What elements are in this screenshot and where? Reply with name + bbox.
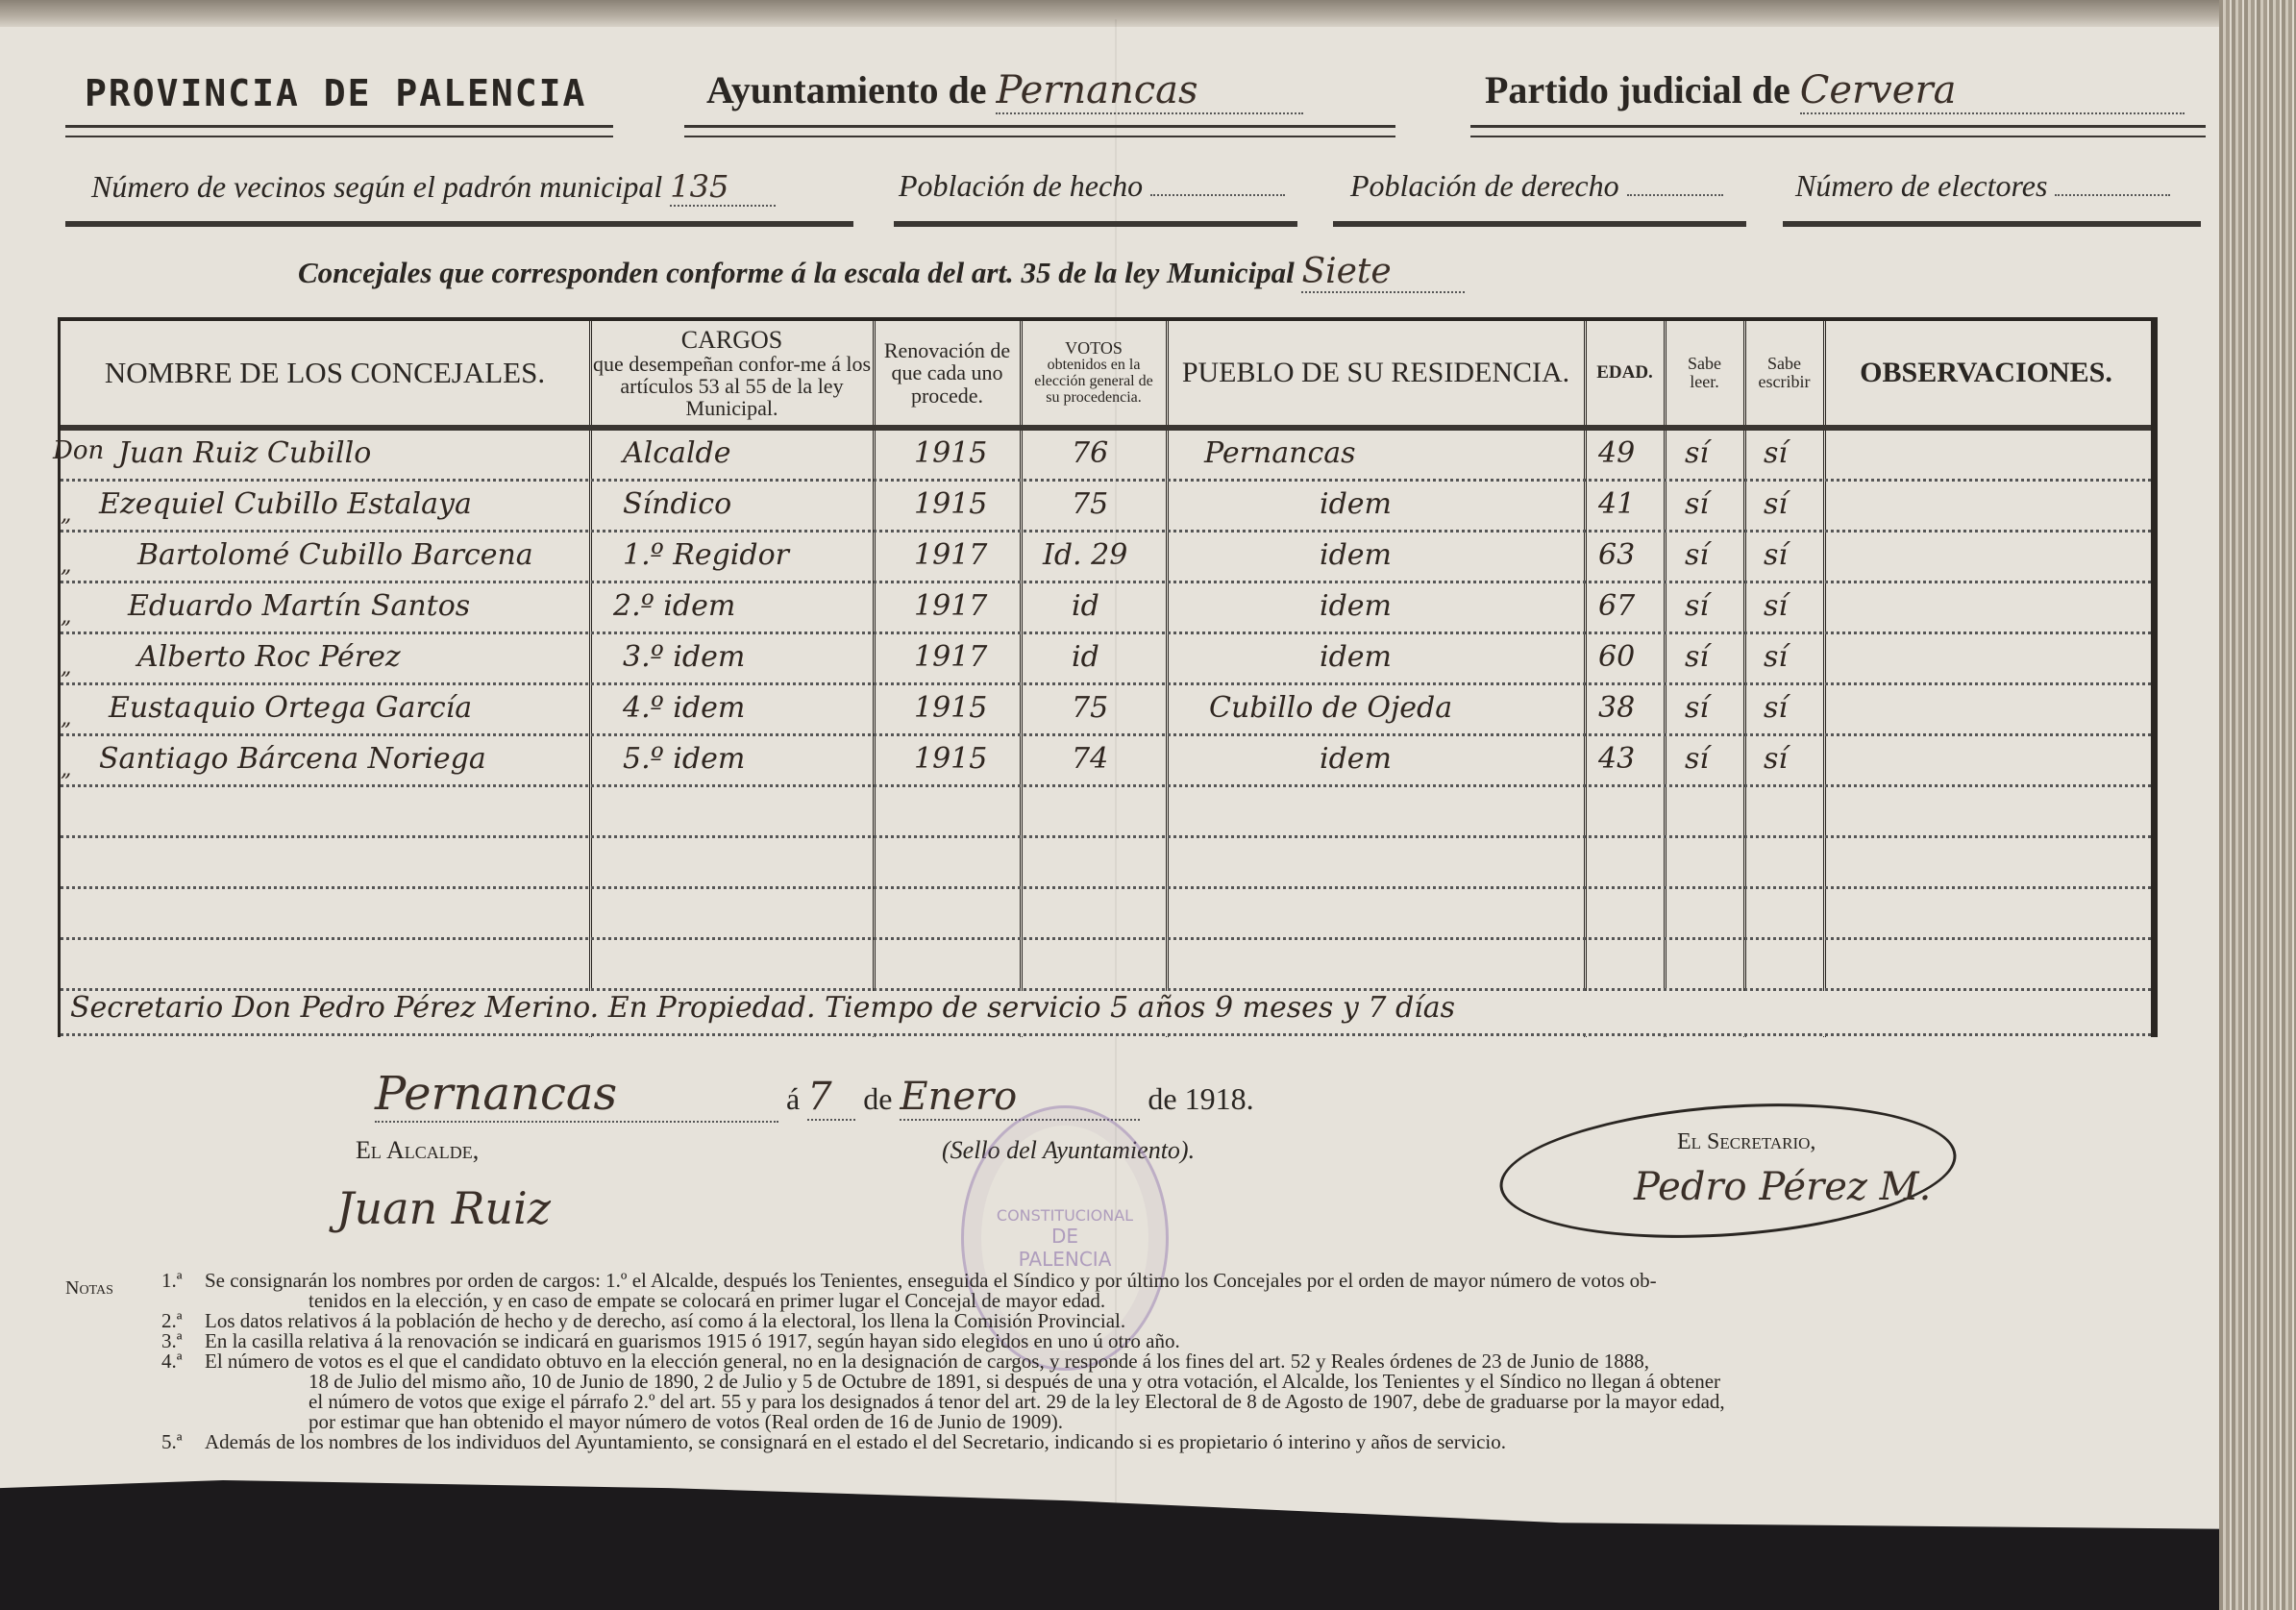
cell-renovacion: 1915 bbox=[914, 691, 987, 725]
note-5: 5.ªAdemás de los nombres de los individu… bbox=[161, 1432, 1506, 1452]
hecho-label: Población de hecho bbox=[899, 168, 1143, 203]
partido-field: Partido judicial de Cervera bbox=[1485, 67, 2185, 114]
cell-leer: sí bbox=[1685, 640, 1709, 674]
header-votos-sub: obtenidos en la elección general de su p… bbox=[1027, 358, 1160, 406]
cell-leer: sí bbox=[1685, 436, 1709, 470]
cell-edad: 43 bbox=[1598, 742, 1635, 776]
derecho-value[interactable] bbox=[1627, 194, 1723, 196]
hecho-value[interactable] bbox=[1150, 194, 1285, 196]
cell-pueblo: Pernancas bbox=[1204, 436, 1356, 470]
table-row: Don Juan Ruiz Cubillo Alcalde 1915 76 Pe… bbox=[61, 431, 2151, 482]
divider bbox=[65, 221, 853, 227]
row-prefix: Don bbox=[53, 436, 104, 465]
table-row-empty bbox=[61, 889, 2151, 940]
cell-nombre: Eustaquio Ortega García bbox=[109, 691, 472, 725]
secretario-row: Secretario Don Pedro Pérez Merino. En Pr… bbox=[61, 991, 2151, 1036]
cell-pueblo: idem bbox=[1320, 487, 1392, 521]
electores-label: Número de electores bbox=[1795, 168, 2047, 203]
table-row: „ Eustaquio Ortega García 4.º idem 1915 … bbox=[61, 685, 2151, 736]
cell-nombre: Ezequiel Cubillo Estalaya bbox=[99, 487, 472, 521]
header-sabe-escribir: Sabe escribir bbox=[1745, 321, 1823, 425]
secretario-signature: Pedro Pérez M. bbox=[1634, 1165, 1931, 1209]
table-row: „ Bartolomé Cubillo Barcena 1.º Regidor … bbox=[61, 533, 2151, 583]
cell-votos: 76 bbox=[1072, 436, 1108, 470]
cell-renovacion: 1917 bbox=[914, 640, 987, 674]
hecho-field: Población de hecho bbox=[899, 168, 1285, 204]
row-prefix: „ bbox=[61, 554, 71, 578]
ayuntamiento-value[interactable]: Pernancas bbox=[996, 68, 1303, 114]
cell-edad: 49 bbox=[1598, 436, 1635, 470]
cell-cargo: Síndico bbox=[623, 487, 731, 521]
vecinos-field: Número de vecinos según el padrón munici… bbox=[91, 168, 776, 207]
cell-cargo: 1.º Regidor bbox=[623, 538, 789, 572]
partido-value[interactable]: Cervera bbox=[1800, 68, 2185, 114]
date-place[interactable]: Pernancas bbox=[375, 1067, 778, 1123]
cell-leer: sí bbox=[1685, 589, 1709, 623]
header-renovacion: Renovación de que cada uno procede. bbox=[875, 321, 1020, 425]
divider bbox=[684, 125, 1395, 137]
cell-nombre: Eduardo Martín Santos bbox=[128, 589, 470, 623]
cell-edad: 38 bbox=[1598, 691, 1635, 725]
cell-nombre: Alberto Roc Pérez bbox=[137, 640, 401, 674]
row-prefix: „ bbox=[61, 503, 71, 527]
date-line: Pernancas á 7 de Enero de 1918. bbox=[375, 1067, 1254, 1123]
page-top-edge bbox=[0, 0, 2296, 27]
cell-edad: 60 bbox=[1598, 640, 1635, 674]
cell-leer: sí bbox=[1685, 691, 1709, 725]
header-votos-title: VOTOS bbox=[1065, 339, 1123, 358]
stamp-center-de: DE bbox=[1051, 1225, 1078, 1248]
cell-leer: sí bbox=[1685, 742, 1709, 776]
vecinos-value[interactable]: 135 bbox=[670, 168, 776, 207]
document-page: PROVINCIA DE PALENCIA Ayuntamiento de Pe… bbox=[0, 0, 2230, 1576]
cell-escribir: sí bbox=[1764, 640, 1788, 674]
cell-votos: id bbox=[1072, 589, 1099, 623]
divider bbox=[65, 125, 613, 137]
province-title: PROVINCIA DE PALENCIA bbox=[85, 72, 586, 114]
cell-escribir: sí bbox=[1764, 691, 1788, 725]
cell-escribir: sí bbox=[1764, 487, 1788, 521]
notes-label: Notas bbox=[65, 1278, 113, 1299]
cell-cargo: 4.º idem bbox=[623, 691, 745, 725]
cell-votos: id bbox=[1072, 640, 1099, 674]
divider bbox=[1470, 125, 2206, 137]
row-prefix: „ bbox=[61, 605, 71, 629]
cell-pueblo: idem bbox=[1320, 640, 1392, 674]
ayuntamiento-field: Ayuntamiento de Pernancas bbox=[706, 67, 1303, 114]
cell-cargo: Alcalde bbox=[623, 436, 731, 470]
date-de-label: de bbox=[863, 1081, 892, 1116]
row-prefix: „ bbox=[61, 706, 71, 731]
divider bbox=[1333, 221, 1746, 227]
alcalde-label: El Alcalde, bbox=[356, 1136, 479, 1165]
partido-label: Partido judicial de bbox=[1485, 68, 1790, 111]
table-row-empty bbox=[61, 838, 2151, 889]
alcalde-signature: Juan Ruiz bbox=[336, 1182, 551, 1234]
date-day[interactable]: 7 bbox=[807, 1075, 855, 1121]
header-edad: EDAD. bbox=[1586, 321, 1664, 425]
header-pueblo: PUEBLO DE SU RESIDENCIA. bbox=[1168, 321, 1584, 425]
cell-pueblo: Cubillo de Ojeda bbox=[1209, 691, 1452, 725]
header-cargos-sub: que desempeñan confor-me á los artículos… bbox=[591, 353, 873, 419]
table-row-empty bbox=[61, 787, 2151, 838]
cell-pueblo: idem bbox=[1320, 742, 1392, 776]
cell-votos: 75 bbox=[1072, 487, 1108, 521]
header-votos: VOTOS obtenidos en la elección general d… bbox=[1022, 321, 1166, 425]
header-cargos: CARGOS que desempeñan confor-me á los ar… bbox=[591, 321, 873, 425]
cell-nombre: Bartolomé Cubillo Barcena bbox=[137, 538, 533, 572]
header-nombre: NOMBRE DE LOS CONCEJALES. bbox=[61, 321, 589, 425]
cell-renovacion: 1915 bbox=[914, 436, 987, 470]
cell-escribir: sí bbox=[1764, 742, 1788, 776]
stamp-top-text: CONSTITUCIONAL bbox=[997, 1206, 1133, 1225]
cell-nombre: Santiago Bárcena Noriega bbox=[99, 742, 486, 776]
cell-cargo: 5.º idem bbox=[623, 742, 745, 776]
cell-renovacion: 1915 bbox=[914, 742, 987, 776]
concejales-label: Concejales que corresponden conforme á l… bbox=[298, 256, 1295, 289]
electores-value[interactable] bbox=[2055, 194, 2170, 196]
note-4: 4.ªEl número de votos es el que el candi… bbox=[161, 1351, 1725, 1432]
cell-renovacion: 1917 bbox=[914, 589, 987, 623]
note-2: 2.ªLos datos relativos á la población de… bbox=[161, 1311, 1125, 1331]
cell-votos: Id. 29 bbox=[1043, 538, 1127, 572]
divider bbox=[894, 221, 1297, 227]
divider bbox=[1783, 221, 2201, 227]
cell-escribir: sí bbox=[1764, 589, 1788, 623]
cell-escribir: sí bbox=[1764, 436, 1788, 470]
secretario-text: Secretario Don Pedro Pérez Merino. En Pr… bbox=[70, 991, 1455, 1025]
date-year: de 1918. bbox=[1148, 1081, 1253, 1116]
stamp-center-palencia: PALENCIA bbox=[1019, 1248, 1112, 1271]
header-observaciones: OBSERVACIONES. bbox=[1825, 321, 2147, 425]
date-month[interactable]: Enero bbox=[900, 1075, 1140, 1121]
table-row: „ Alberto Roc Pérez 3.º idem 1917 id ide… bbox=[61, 634, 2151, 685]
cell-renovacion: 1915 bbox=[914, 487, 987, 521]
cell-renovacion: 1917 bbox=[914, 538, 987, 572]
cell-cargo: 3.º idem bbox=[623, 640, 745, 674]
cell-cargo: 2.º idem bbox=[613, 589, 735, 623]
cell-votos: 75 bbox=[1072, 691, 1108, 725]
ayuntamiento-label: Ayuntamiento de bbox=[706, 68, 986, 111]
table-row: „ Ezequiel Cubillo Estalaya Síndico 1915… bbox=[61, 482, 2151, 533]
derecho-label: Población de derecho bbox=[1350, 168, 1619, 203]
vecinos-label: Número de vecinos según el padrón munici… bbox=[91, 169, 662, 204]
cell-nombre: Juan Ruiz Cubillo bbox=[118, 436, 371, 470]
cell-pueblo: idem bbox=[1320, 538, 1392, 572]
date-a-label: á bbox=[786, 1081, 800, 1116]
header-sabe-leer: Sabe leer. bbox=[1666, 321, 1743, 425]
electores-field: Número de electores bbox=[1795, 168, 2170, 204]
row-prefix: „ bbox=[61, 757, 71, 781]
cell-edad: 67 bbox=[1598, 589, 1635, 623]
note-1: 1.ªSe consignarán los nombres por orden … bbox=[161, 1271, 1657, 1311]
cell-pueblo: idem bbox=[1320, 589, 1392, 623]
table-row: „ Eduardo Martín Santos 2.º idem 1917 id… bbox=[61, 583, 2151, 634]
cell-edad: 63 bbox=[1598, 538, 1635, 572]
cell-votos: 74 bbox=[1072, 742, 1108, 776]
cell-leer: sí bbox=[1685, 538, 1709, 572]
book-page-edges bbox=[2219, 0, 2296, 1610]
note-3: 3.ªEn la casilla relativa á la renovació… bbox=[161, 1331, 1180, 1351]
concejales-field: Concejales que corresponden conforme á l… bbox=[298, 252, 1465, 293]
concejales-value[interactable]: Siete bbox=[1301, 252, 1465, 293]
derecho-field: Población de derecho bbox=[1350, 168, 1723, 204]
row-prefix: „ bbox=[61, 656, 71, 680]
table-row-empty bbox=[61, 940, 2151, 991]
concejales-table: NOMBRE DE LOS CONCEJALES. CARGOS que des… bbox=[58, 317, 2158, 1037]
cell-edad: 41 bbox=[1598, 487, 1635, 521]
cell-escribir: sí bbox=[1764, 538, 1788, 572]
header-cargos-title: CARGOS bbox=[681, 327, 782, 353]
cell-leer: sí bbox=[1685, 487, 1709, 521]
table-row: „ Santiago Bárcena Noriega 5.º idem 1915… bbox=[61, 736, 2151, 787]
